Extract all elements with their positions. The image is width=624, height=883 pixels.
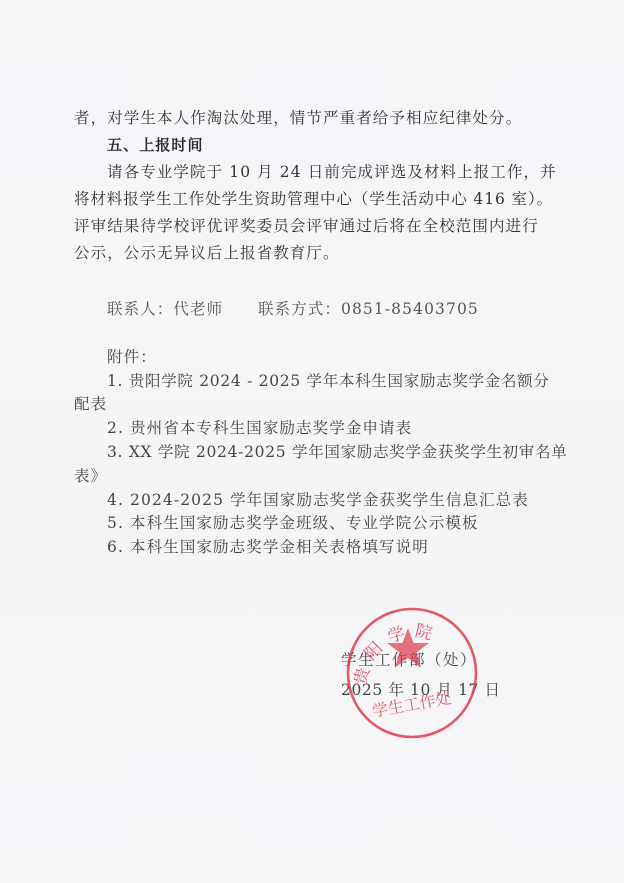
official-seal-icon: 贵阳学院 学生工作处 — [345, 606, 479, 740]
attachment-item-4: 4. 2024-2025 学年国家励志奖学金获奖学生信息汇总表 — [107, 490, 529, 510]
attachment-item-2: 2. 贵州省本专科生国家励志奖学金申请表 — [107, 418, 412, 438]
attachment-item-3-cont: 表》 — [74, 466, 107, 486]
paragraph-line: 将材料报学生工作处学生资助管理中心（学生活动中心 416 室）。 — [74, 189, 553, 209]
attachment-item-1: 1. 贵阳学院 2024 - 2025 学年本科生国家励志奖学金名额分 — [107, 371, 550, 391]
paragraph-line: 公示，公示无异议后上报省教育厅。 — [74, 243, 340, 263]
attachment-item-1-cont: 配表 — [74, 394, 107, 414]
paragraph-tail: 者，对学生本人作淘汰处理，情节严重者给予相应纪律处分。 — [74, 108, 522, 128]
contact-phone: 联系方式：0851-85403705 — [258, 299, 479, 319]
issue-date: 2025 年 10 月 17 日 — [341, 680, 501, 700]
contact-person: 联系人：代老师 — [107, 299, 223, 319]
attachments-title: 附件： — [107, 347, 157, 367]
paragraph-line: 评审结果待学校评优评奖委员会评审通过后将在全校范围内进行 — [74, 216, 539, 236]
section-heading-reporting-time: 五、上报时间 — [107, 135, 204, 155]
attachment-item-5: 5. 本科生国家励志奖学金班级、专业学院公示模板 — [107, 513, 479, 533]
issuer-name: 学生工作部（处） — [341, 650, 477, 670]
paragraph-line: 请各专业学院于 10 月 24 日前完成评选及材料上报工作，并 — [107, 162, 557, 182]
attachment-item-6: 6. 本科生国家励志奖学金相关表格填写说明 — [107, 537, 429, 557]
attachment-item-3: 3. XX 学院 2024-2025 学年国家励志奖学金获奖学生初审名单 — [107, 442, 567, 462]
document-page: 者，对学生本人作淘汰处理，情节严重者给予相应纪律处分。 五、上报时间 请各专业学… — [0, 0, 624, 883]
